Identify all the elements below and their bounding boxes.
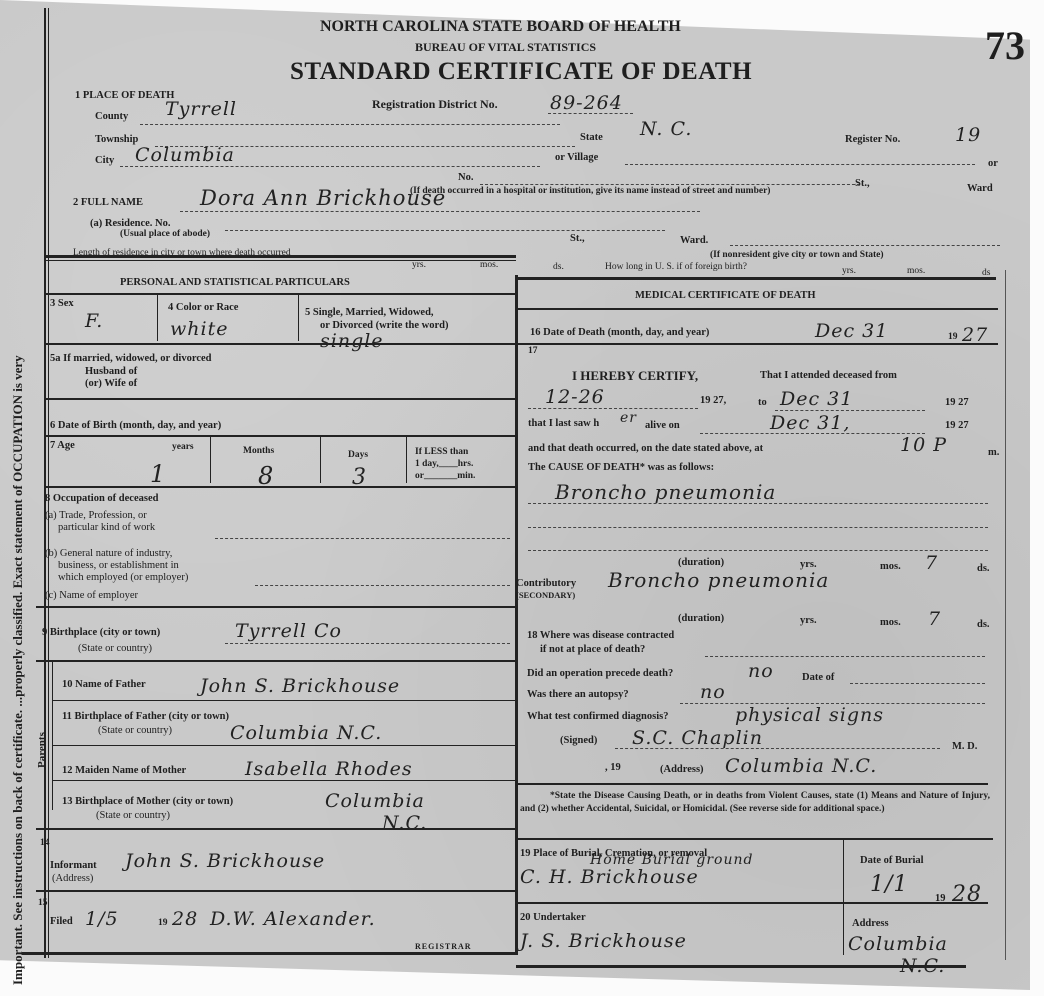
filed-year-value[interactable]: 28 (172, 908, 198, 930)
bureau-name: BUREAU OF VITAL STATISTICS (415, 40, 596, 55)
birthplace-value[interactable]: Tyrrell Co (235, 620, 342, 642)
row11-bottom (52, 745, 516, 746)
personal-heading: PERSONAL AND STATISTICAL PARTICULARS (120, 277, 350, 288)
attended-to-line (775, 410, 925, 411)
father-label: 10 Name of Father (62, 679, 146, 690)
filed-label: Filed (50, 916, 73, 927)
us-mos: mos. (907, 266, 925, 276)
cause-mos: mos. (880, 561, 901, 572)
dod-year-prefix: 19 (948, 332, 958, 342)
physician-address-label: (Address) (660, 764, 704, 775)
residence-ward-label: Ward. (680, 235, 708, 246)
contrib-yrs: yrs. (800, 615, 817, 626)
last-saw-value[interactable]: Dec 31, (770, 412, 850, 434)
father-birthplace-label: 11 Birthplace of Father (city or town) (62, 711, 229, 722)
age-label: 7 Age (50, 440, 75, 451)
signed-label: (Signed) (560, 735, 597, 746)
autopsy-value[interactable]: no (700, 681, 726, 703)
undertaker-value[interactable]: J. S. Brickhouse (520, 930, 687, 952)
contributory-value[interactable]: Broncho pneumonia (608, 568, 829, 592)
cause-duration-ds[interactable]: 7 (925, 552, 938, 574)
occupation-b-line (255, 585, 510, 586)
months-divider (320, 435, 321, 483)
birthplace-sub: (State or country) (78, 643, 152, 654)
undertaker-address-label: Address (852, 918, 889, 929)
certify-label: I HEREBY CERTIFY, (572, 368, 698, 384)
separator-top (46, 255, 516, 258)
right-border (1005, 270, 1006, 960)
footnote-bottom (518, 838, 993, 840)
length-ds: ds. (553, 262, 564, 272)
contrib-duration-ds[interactable]: 7 (928, 608, 941, 630)
village-label: or Village (555, 152, 598, 163)
informant-number: 14 (40, 838, 50, 848)
race-divider (298, 293, 299, 341)
registration-label: Registration District No. (372, 97, 498, 112)
cause-line-3 (528, 550, 988, 551)
row13-bottom (36, 828, 516, 830)
physician-signature[interactable]: S.C. Chaplin (632, 727, 763, 749)
village-line (625, 164, 975, 165)
informant-value[interactable]: John S. Brickhouse (125, 850, 325, 872)
registrar-signature[interactable]: D.W. Alexander. (210, 908, 376, 930)
occupation-c: (c) Name of employer (45, 590, 138, 601)
state-value[interactable]: N. C. (640, 118, 692, 140)
occupation-label: 8 Occupation of deceased (45, 493, 158, 504)
personal-heading-line (44, 293, 516, 295)
father-value[interactable]: John S. Brickhouse (200, 675, 400, 697)
row7-bottom (44, 486, 516, 488)
ward-line (730, 245, 1000, 246)
row3-bottom (44, 343, 516, 345)
contrib-ds: ds. (977, 619, 990, 630)
dod-label: 16 Date of Death (month, day, and year) (530, 327, 709, 338)
sex-divider (157, 293, 158, 341)
residence-label: (a) Residence. No. (90, 218, 170, 229)
occupation-a-line (215, 538, 510, 539)
medical-heading-line (518, 308, 998, 310)
last-saw-label: that I last saw h (528, 418, 599, 429)
less-than-label-1: If LESS than (415, 447, 468, 457)
date-19-label: , 19 (605, 762, 621, 773)
parents-label: Parents (36, 732, 48, 768)
registration-value[interactable]: 89-264 (550, 92, 623, 114)
to-label: to (758, 397, 767, 408)
sex-label: 3 Sex (50, 298, 74, 309)
place-of-death-label: 1 PLACE OF DEATH (75, 90, 174, 101)
occupation-b-3: which employed (or employer) (58, 572, 188, 583)
burial-date-label: Date of Burial (860, 855, 924, 866)
occupation-b-2: business, or establishment in (58, 560, 179, 571)
full-name-value[interactable]: Dora Ann Brickhouse (200, 186, 446, 210)
contracted-line (705, 656, 985, 657)
contrib-mos: mos. (880, 617, 901, 628)
length-mos: mos. (480, 260, 498, 270)
last-saw-line (700, 433, 925, 434)
row19-bottom (518, 902, 988, 904)
mother-birthplace-label: 13 Birthplace of Mother (city or town) (62, 796, 233, 807)
residence-st-label: St., (570, 233, 585, 244)
years-label: years (172, 442, 194, 452)
occurred-label: and that death occurred, on the date sta… (528, 443, 763, 454)
bottom-left-border (22, 952, 516, 955)
cause-value[interactable]: Broncho pneumonia (555, 480, 776, 504)
row5a-bottom (44, 398, 516, 400)
city-value[interactable]: Columbia (135, 144, 235, 166)
cause-ds: ds. (977, 563, 990, 574)
burial-date-value[interactable]: 1/1 (870, 872, 908, 897)
md-label: M. D. (952, 741, 977, 752)
city-line (120, 166, 540, 167)
last-saw-year: 19 27 (945, 420, 969, 431)
years-divider (210, 435, 211, 483)
birthplace-line (225, 643, 510, 644)
days-divider (406, 435, 407, 483)
signed-line (615, 748, 940, 749)
board-name: NORTH CAROLINA STATE BOARD OF HEALTH (320, 18, 681, 36)
occupation-a-1: (a) Trade, Profession, or (45, 510, 147, 521)
register-label: Register No. (845, 134, 900, 145)
dob-label: 6 Date of Birth (month, day, and year) (50, 420, 221, 431)
mother-birthplace-state[interactable]: N.C. (382, 812, 427, 834)
center-divider (515, 275, 518, 955)
row12-bottom (52, 780, 516, 781)
page-number: 73 (985, 22, 1025, 69)
st-label: St., (855, 178, 870, 189)
cause-footnote: *State the Disease Causing Death, or in … (520, 790, 990, 816)
sex-value[interactable]: F. (85, 310, 103, 332)
full-name-label: 2 FULL NAME (73, 197, 143, 208)
city-label: City (95, 155, 114, 166)
row14-bottom (36, 890, 516, 892)
attended-from-value[interactable]: 12-26 (545, 386, 605, 408)
cause-line-1 (528, 503, 988, 504)
cause-duration-label: (duration) (678, 557, 724, 568)
marital-value[interactable]: single (320, 330, 384, 352)
medical-heading: MEDICAL CERTIFICATE OF DEATH (635, 290, 816, 301)
burial-divider (843, 840, 844, 955)
age-years-value[interactable]: 1 (150, 460, 166, 488)
last-saw-pronoun[interactable]: er (620, 410, 637, 426)
time-suffix: m. (988, 447, 999, 458)
parents-divider (52, 662, 53, 810)
mother-label: 12 Maiden Name of Mother (62, 765, 186, 776)
county-label: County (95, 111, 128, 122)
us-yrs: yrs. (842, 266, 856, 276)
nonresident-note: (If nonresident give city or town and St… (710, 250, 884, 260)
bottom-right-border (516, 965, 966, 968)
margin-instructions: Important. See instructions on back of c… (10, 355, 26, 985)
attended-from-line (528, 408, 698, 409)
marital-label-1: 5 Single, Married, Widowed, (305, 307, 434, 318)
birthplace-label: 9 Birthplace (city or town) (42, 627, 160, 638)
days-label: Days (348, 450, 368, 460)
filed-date-value[interactable]: 1/5 (85, 908, 119, 930)
contributory-label: Contributory (516, 578, 576, 589)
contracted-label-2: if not at place of death? (540, 644, 645, 655)
attended-from-year: 19 27, (700, 395, 726, 406)
row16-bottom (518, 343, 998, 345)
less-than-label-2: 1 day,____hrs. (415, 459, 473, 469)
dod-value[interactable]: Dec 31 (815, 320, 888, 342)
ward-label: Ward (967, 183, 993, 194)
no-line (480, 184, 860, 185)
frame-left-inner (48, 8, 49, 958)
page-title: STANDARD CERTIFICATE OF DEATH (290, 58, 752, 86)
alive-on-label: alive on (645, 420, 680, 431)
undertaker-label: 20 Undertaker (520, 912, 586, 923)
test-value[interactable]: physical signs (735, 704, 884, 726)
length-yrs: yrs. (412, 260, 426, 270)
filed-number: 15 (38, 898, 48, 908)
residence-sub: (Usual place of abode) (120, 229, 210, 239)
operation-label: Did an operation precede death? (527, 668, 673, 679)
cause-line-2 (528, 527, 988, 528)
county-line (140, 124, 560, 125)
spouse-label-3: (or) Wife of (85, 378, 137, 389)
spouse-label-2: Husband of (85, 366, 137, 377)
date-of-line (850, 683, 985, 684)
row8-bottom (36, 606, 516, 608)
foreign-birth-label: How long in U. S. if of foreign birth? (605, 262, 747, 272)
cause-label: The CAUSE OF DEATH* was as follows: (528, 462, 714, 473)
registrar-label: REGISTRAR (415, 942, 472, 951)
father-birthplace-sub: (State or country) (98, 725, 172, 736)
race-value[interactable]: white (170, 318, 228, 340)
test-label: What test confirmed diagnosis? (527, 711, 668, 722)
registration-line (548, 113, 633, 114)
hospital-note: (If death occurred in a hospital or inst… (410, 186, 770, 196)
certify-rest: That I attended deceased from (760, 370, 897, 381)
row10-bottom (52, 700, 516, 701)
contrib-duration-label: (duration) (678, 613, 724, 624)
informant-address-label: (Address) (52, 873, 93, 884)
filed-year-prefix: 19 (158, 918, 168, 928)
occupation-b-1: (b) General nature of industry, (45, 548, 172, 559)
frame-left (44, 8, 46, 958)
county-value[interactable]: Tyrrell (165, 98, 237, 120)
father-birthplace-value[interactable]: Columbia N.C. (230, 722, 382, 744)
num-17: 17 (528, 346, 538, 356)
occupation-a-2: particular kind of work (58, 522, 155, 533)
undertaker-address-line-1[interactable]: Columbia (848, 933, 948, 955)
state-label: State (580, 132, 603, 143)
months-label: Months (243, 446, 274, 456)
attended-to-year: 19 27 (945, 397, 969, 408)
informant-label: Informant (50, 860, 97, 871)
separator-top-2 (46, 260, 516, 261)
race-label: 4 Color or Race (168, 302, 238, 313)
or-label: or (988, 158, 998, 169)
physician-address-value[interactable]: Columbia N.C. (725, 755, 877, 777)
row9-bottom (36, 660, 516, 662)
full-name-line (180, 211, 700, 212)
row6-bottom (44, 435, 516, 437)
contracted-label-1: 18 Where was disease contracted (527, 630, 674, 641)
separator-top-right (516, 277, 996, 280)
residence-line (225, 230, 665, 231)
register-value[interactable]: 19 (955, 124, 981, 146)
burial-place-line-2[interactable]: C. H. Brickhouse (520, 866, 699, 888)
no-label: No. (458, 172, 473, 183)
spouse-label-1: 5a If married, widowed, or divorced (50, 353, 211, 364)
mother-value[interactable]: Isabella Rhodes (245, 758, 413, 780)
less-than-label-3: or_______min. (415, 471, 475, 481)
attended-to-value[interactable]: Dec 31 (780, 388, 853, 410)
mother-birthplace-sub: (State or country) (96, 810, 170, 821)
row18-bottom (518, 783, 988, 785)
autopsy-label: Was there an autopsy? (527, 689, 629, 700)
secondary-label: (SECONDARY) (516, 590, 575, 600)
township-label: Township (95, 134, 138, 145)
mother-birthplace-city[interactable]: Columbia (325, 790, 425, 812)
time-of-death-value[interactable]: 10 P (900, 434, 947, 456)
operation-value[interactable]: no (748, 660, 774, 682)
date-of-label: Date of (802, 672, 834, 683)
